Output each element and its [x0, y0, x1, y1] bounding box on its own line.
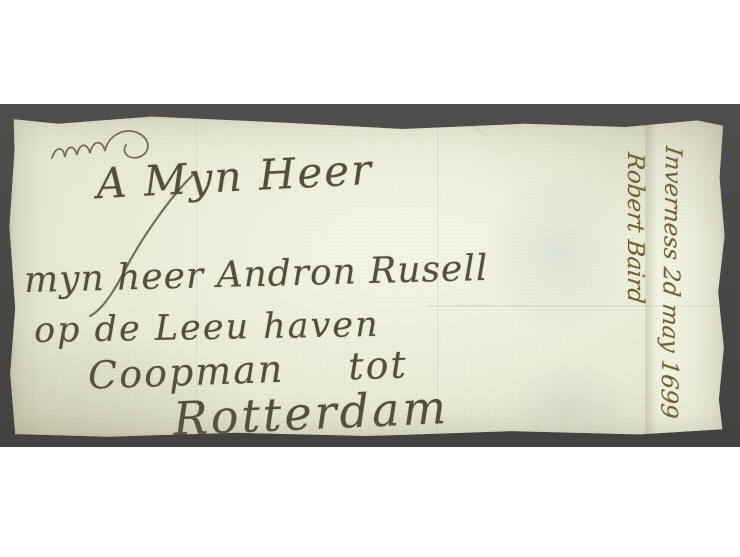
letter-paper: A Myn Heer myn heer Andron Rusell op de …	[8, 112, 726, 439]
address-line-recipient: myn heer Andron Rusell	[24, 248, 489, 301]
docket-name-line: Robert Baird	[614, 150, 648, 364]
docket-date-line: Inverness 2d may 1699	[645, 144, 686, 426]
paper-wrinkle	[443, 104, 494, 142]
address-line-street: op de Leeu haven	[34, 305, 380, 351]
salutation-line: A Myn Heer	[95, 145, 374, 208]
letter-photo: A Myn Heer myn heer Andron Rusell op de …	[0, 104, 740, 447]
show-through-stain	[483, 167, 633, 337]
address-line-city: Rotterdam	[172, 380, 450, 446]
show-through-stain	[503, 360, 633, 452]
